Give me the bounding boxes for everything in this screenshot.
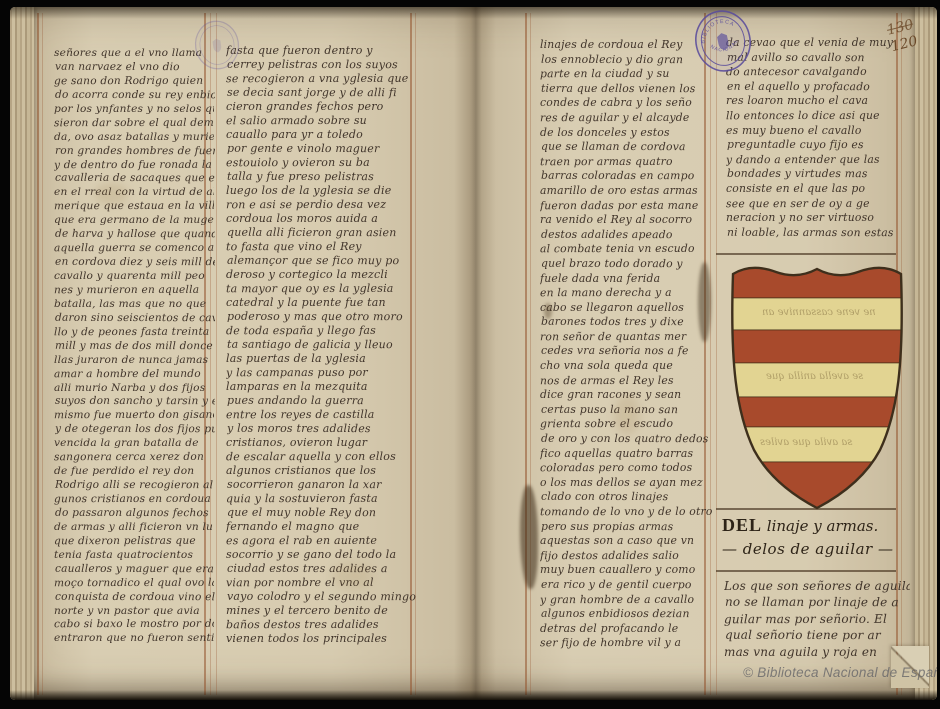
section-heading: DEL linaje y armas. — delos de aguilar —	[722, 515, 912, 558]
text-line: bondades y virtudes mas	[727, 167, 909, 182]
text-line: socorrio y se gano del todo la	[226, 548, 422, 562]
text-line: fasta que fueron dentro y	[226, 44, 422, 58]
text-line: da, ovo asaz batallas y murie	[54, 131, 214, 145]
text-line: linajes de cordoua el Rey	[540, 38, 712, 53]
text-line: que era germano de la muger	[54, 214, 214, 228]
heading-line-2: — delos de aguilar —	[722, 540, 912, 558]
text-line: en el aquello y profacado	[727, 80, 909, 95]
text-line: cavalleria de sacaques que era	[55, 172, 215, 186]
text-line: daron sino seiscientos de cava	[55, 312, 215, 326]
text-line: aquella guerra se comenco avia	[54, 242, 214, 256]
text-line: dice gran racones y sean	[540, 388, 712, 403]
text-line: traen por armas quatro	[540, 155, 712, 170]
heading-line-1: DEL linaje y armas.	[722, 515, 912, 536]
text-line: fijo destos adalides salio	[540, 549, 712, 564]
text-line: conquista de cordoua vino el	[55, 590, 215, 604]
text-line: y de dentro do fue ronada la	[54, 158, 214, 172]
text-line: quella alli ficieron gran asien	[227, 226, 423, 241]
text-line: los ennoblecio y dio gran	[541, 52, 713, 67]
text-line: ta santiago de galicia y lleuo	[227, 338, 423, 353]
text-line: era rico y de gentil cuerpo	[541, 578, 713, 593]
text-line: ser fijo de hombre vil y a	[540, 636, 712, 651]
text-line: cedes vra señoria nos a fe	[541, 344, 713, 359]
text-line: y las campanas puso por	[226, 366, 422, 381]
text-line: estouiolo y ovieron su ba	[226, 156, 422, 171]
text-line: van narvaez el vno dio	[55, 61, 215, 75]
shield-band-red	[728, 397, 906, 427]
text-line: vayo colodro y el segundo mingo	[227, 590, 423, 605]
text-line: Rodrigo alli se recogieron al	[55, 479, 215, 493]
text-line: talla y fue preso pelistras	[227, 170, 423, 185]
text-line: vienen todos los principales	[226, 632, 422, 646]
shield-band-red	[728, 330, 906, 363]
text-line: de toda españa y llego fas	[226, 324, 422, 339]
text-line: res loaron mucho el cava	[726, 94, 908, 109]
text-line: fuele dada vna ferida	[540, 272, 712, 287]
bleedthrough-text: sa avila que aviles	[760, 437, 852, 448]
text-line: que se llaman de cordova	[541, 140, 713, 155]
text-line: sieron dar sobre el qual deman	[54, 116, 214, 130]
text-line: muy buen cauallero y como	[540, 563, 712, 578]
text-line: cabo se llegaron aquellos	[540, 301, 712, 316]
text-line: ciudad estos tres adalides a	[227, 562, 423, 577]
text-line: moço tornadico el qual ovo la	[54, 576, 214, 590]
ruled-line	[716, 570, 896, 572]
text-line: see que en ser de oy a ge	[726, 196, 908, 211]
text-line: de los donceles y estos	[540, 126, 712, 141]
text-line: ta mayor que oy es la yglesia	[226, 282, 422, 297]
text-line: sangonera cerca xerez don	[54, 451, 214, 465]
text-line: pero sus propias armas	[541, 519, 713, 534]
text-line: nes y murieron en aquella	[54, 284, 214, 298]
text-line: cho vna sola queda que	[540, 359, 712, 374]
text-line: guilar mas por señorio. El	[724, 611, 910, 628]
text-line: se decia sant jorge y de alli fi	[227, 86, 423, 101]
copyright-watermark: © Biblioteca Nacional de España	[743, 665, 937, 680]
text-line: en el rreal con la virtud de al	[54, 186, 214, 200]
text-line: que el muy noble Rey don	[227, 506, 423, 521]
text-line: algunos cristianos que los	[226, 464, 422, 478]
coat-of-arms-shield	[728, 262, 906, 512]
text-line: se recogieron a vna yglesia que	[226, 72, 422, 87]
text-line: luego los de la yglesia se die	[226, 184, 422, 198]
ruled-line	[37, 13, 39, 695]
text-line: mismo fue muerto don gisano	[54, 409, 214, 423]
text-line: llo y de peones fasta treinta	[54, 326, 214, 340]
text-line: barones todos tres y dixe	[541, 315, 713, 330]
text-line: gunos cristianos en cordoua	[54, 493, 214, 507]
book-bottom-edge	[10, 690, 937, 700]
text-line: por los ynfantes y no selos qui	[54, 103, 214, 117]
text-line: do passaron algunos fechos	[55, 507, 215, 521]
text-line: las puertas de la yglesia	[226, 352, 422, 366]
text-line: por gente e vinolo maguer	[227, 142, 423, 157]
text-line: baños destos tres adalides	[226, 618, 422, 633]
text-line: cerrey pelistras con los suyos	[227, 58, 423, 73]
text-line: fueron dadas por esta mane	[540, 198, 712, 213]
text-line: barras coloradas en campo	[541, 169, 713, 184]
book-fore-edge-left	[10, 7, 34, 700]
text-line: socorrieron ganaron la xar	[227, 478, 423, 493]
text-line: alemançor que se fico muy po	[227, 254, 423, 269]
text-line: coloradas pero como todos	[540, 461, 712, 476]
text-line: neracion y no ser virtuoso	[726, 211, 908, 226]
text-line: llo entonces lo dice asi que	[726, 109, 908, 124]
text-line: qual señorio tiene por ar	[725, 627, 911, 644]
ruled-line	[716, 13, 717, 695]
text-line: al combate tenia vn escudo	[540, 242, 712, 257]
text-line: entraron que no fueron senti	[54, 632, 214, 646]
text-line: es muy bueno el cavallo	[726, 124, 908, 139]
text-line: certas puso la mano san	[541, 403, 713, 418]
manuscript-photo: señores que a el vno llamavan narvaez el…	[10, 7, 937, 700]
text-line: cieron grandes fechos pero	[226, 100, 422, 114]
text-line: alli murio Narba y dos fijos	[54, 382, 214, 396]
text-line: do acorra conde su rey enbio	[55, 89, 215, 103]
text-line: de harva y hallose que quando	[55, 228, 215, 242]
text-line: o los mas dellos se ayan mez	[540, 476, 712, 491]
text-line: de escalar aquella y con ellos	[226, 450, 422, 465]
text-line: en cordova diez y seis mill de	[55, 256, 215, 270]
text-line: caualleros y maguer que era	[55, 562, 215, 576]
text-line: suyos don sancho y tarsin y eso	[55, 395, 215, 409]
text-line: no se llaman por linaje de a	[725, 594, 911, 611]
book-fore-edge-right	[915, 7, 937, 700]
text-line: to fasta que vino el Rey	[226, 240, 422, 255]
text-line: el salio armado sobre su	[226, 114, 422, 129]
ruled-line	[525, 13, 527, 695]
text-line: es agora el rab en auiente	[226, 534, 422, 549]
shield-band-red	[728, 462, 906, 512]
text-line: quia y la sostuvieron fasta	[226, 492, 422, 507]
text-line: cabo si baxo le mostro por do	[54, 618, 214, 632]
ruled-line	[216, 13, 217, 695]
text-column-1: señores que a el vno llamavan narvaez el…	[54, 47, 214, 646]
text-line: lamparas en la mezquita	[226, 380, 422, 394]
text-line: y gran hombre de a cavallo	[540, 592, 712, 607]
text-line: detras del profacando le	[540, 622, 712, 637]
text-line: norte y vn pastor que avia	[54, 605, 214, 619]
text-line: cordoua los moros auida a	[226, 212, 422, 226]
book-gutter-fold	[454, 7, 496, 700]
text-line: res de aguilar y el alcayde	[540, 111, 712, 126]
text-line: que dixeron pelistras que	[54, 535, 214, 549]
text-line: mas vna aguila y roja en	[724, 644, 910, 660]
shield-bands	[728, 262, 906, 512]
text-line: deroso y cortegico la mezcli	[226, 268, 422, 282]
text-line: amarillo de oro estas armas	[540, 184, 712, 199]
text-line: llas juraron de nunca jamas	[54, 354, 214, 368]
text-line: merique que estaua en la villa	[54, 200, 214, 214]
text-line: grienta sobre el escudo	[540, 417, 712, 432]
text-line: y los moros tres adalides	[227, 422, 423, 437]
text-line: en la mano derecha y a	[540, 286, 712, 301]
text-line: y de otegeran los dos fijos pues	[55, 423, 215, 437]
text-line: preguntadle cuyo fijo es	[727, 138, 909, 153]
text-line: condes de cabra y los seño	[540, 96, 712, 111]
text-column-3: linajes de cordoua el Reylos ennoblecio …	[540, 38, 712, 651]
text-line: ron e asi se perdio desa vez	[226, 198, 422, 213]
text-line: fico aquellas quatro barras	[540, 447, 712, 462]
text-line: nos de armas el Rey les	[540, 373, 712, 388]
bleedthrough-text: ne vene cassannive an	[762, 307, 876, 318]
text-line: entre los reyes de castilla	[226, 408, 422, 423]
ruled-line	[42, 13, 43, 695]
text-line: catedral y la puente fue tan	[226, 296, 422, 310]
bleedthrough-text: se avella anilla que	[766, 371, 863, 382]
text-line: de fue perdido el rey don	[54, 465, 214, 479]
library-stamp: BIBLIOTECA NACIONAL	[688, 7, 758, 78]
text-line: cauallo para yr a toledo	[226, 128, 422, 142]
text-line: fernando el magno que	[226, 520, 422, 534]
text-line: mines y el tercero benito de	[226, 604, 422, 618]
text-line: poderoso y mas que otro moro	[227, 310, 423, 325]
text-line: vencida la gran batalla de	[54, 437, 214, 451]
text-line: consiste en el que las po	[726, 182, 908, 197]
text-line: ni loable, las armas son estas	[727, 225, 909, 240]
text-line: tomando de lo vno y de lo otro	[540, 505, 712, 520]
text-line: de armas y alli ficieron vn lu	[54, 521, 214, 535]
text-line: destos adalides apeado	[541, 227, 713, 242]
heading-word-del: DEL	[722, 515, 762, 535]
ruled-line	[716, 253, 896, 255]
text-line: pues andando la guerra	[227, 394, 423, 409]
text-line: aquestas son a caso que vn	[540, 534, 712, 549]
text-line: cavallo y quarenta mill peo	[54, 270, 214, 284]
text-line: algunos enbidiosos dezian	[541, 607, 713, 622]
text-line: y dando a entender que las	[726, 153, 908, 168]
text-line: ron señor de quantas mer	[540, 330, 712, 345]
text-column-2: fasta que fueron dentro ycerrey pelistra…	[226, 44, 422, 646]
text-line: cristianos, ovieron lugar	[226, 436, 422, 450]
text-line: batalla, las mas que no que	[54, 298, 214, 312]
text-line: de oro y con los quatro dedos	[541, 432, 713, 447]
text-line: quel brazo todo dorado y	[541, 257, 713, 272]
text-column-4-paragraph: Los que son señores de aguilarno se llam…	[724, 578, 910, 660]
text-line: tenia fasta quatrocientos	[54, 549, 214, 563]
text-line: Los que son señores de aguilar	[724, 578, 910, 594]
text-line: ge sano don Rodrigo quien	[54, 75, 214, 89]
text-line: mill y mas de dos mill donce	[55, 339, 215, 353]
text-line: tierra que dellos vienen los	[541, 82, 713, 97]
text-line: ron grandes hombres de fuera	[55, 144, 215, 158]
text-line: parte en la ciudad y su	[540, 67, 712, 82]
text-line: vian por nombre el vno al	[226, 576, 422, 591]
text-line: amar a hombre del mundo	[54, 367, 214, 381]
text-line: señores que a el vno llama	[54, 47, 214, 61]
library-stamp-faint	[190, 12, 244, 78]
ruled-line	[530, 13, 531, 695]
text-line: clado con otros linajes	[541, 490, 713, 505]
text-line: ra venido el Rey al socorro	[540, 213, 712, 228]
